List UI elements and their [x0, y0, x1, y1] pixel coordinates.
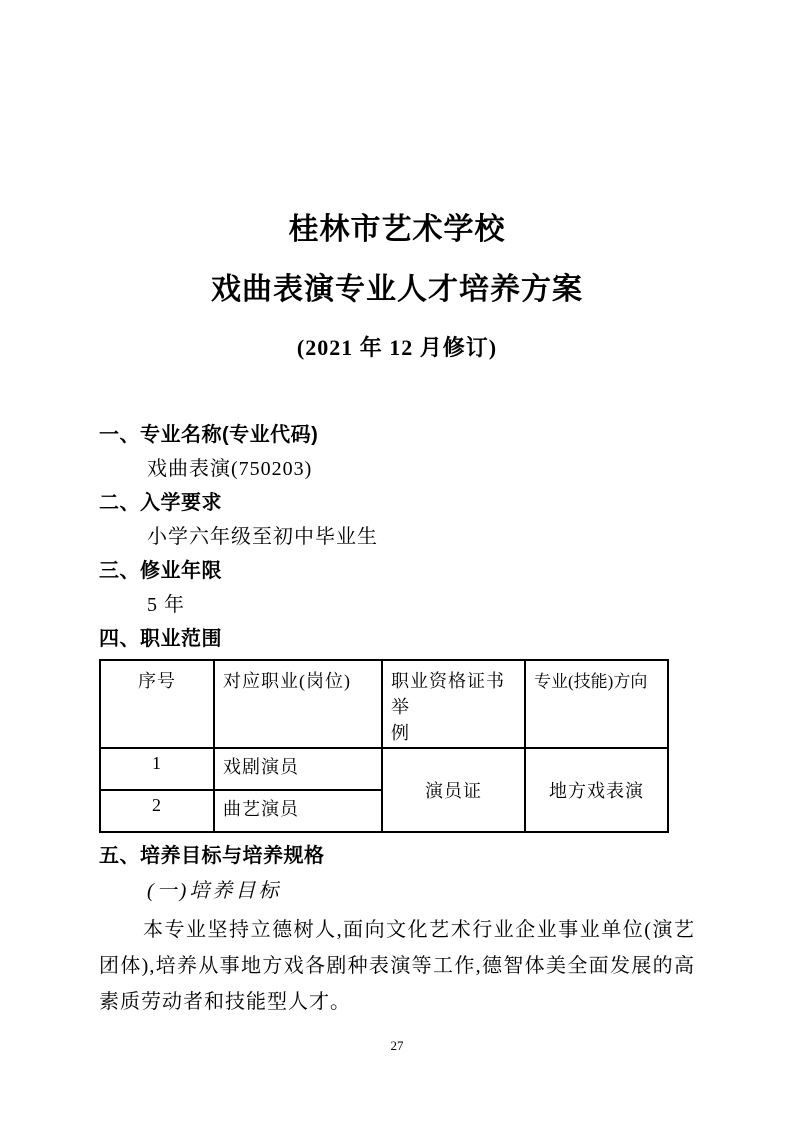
table-cell-index-2: 2	[100, 790, 214, 832]
career-scope-table: 序号 对应职业(岗位) 职业资格证书举 例 专业(技能)方向 1 戏剧演员 演员…	[99, 659, 669, 833]
table-cell-direction: 地方戏表演	[525, 748, 668, 832]
doc-title-school: 桂林市艺术学校	[99, 212, 695, 248]
document-page: 桂林市艺术学校 戏曲表演专业人才培养方案 (2021 年 12 月修订) 一、专…	[0, 0, 794, 1123]
section-heading-5: 五、培养目标与培养规格	[99, 842, 695, 870]
table-cell-job-2: 曲艺演员	[214, 790, 382, 832]
table-cell-job-1: 戏剧演员	[214, 748, 382, 790]
page-number: 27	[0, 1038, 794, 1054]
section-heading-3: 三、修业年限	[99, 554, 695, 588]
table-header-row: 序号 对应职业(岗位) 职业资格证书举 例 专业(技能)方向	[100, 660, 668, 748]
table-cell-certificate: 演员证	[382, 748, 525, 832]
doc-title-revision: (2021 年 12 月修订)	[99, 334, 695, 362]
sections-block: 一、专业名称(专业代码) 戏曲表演(750203) 二、入学要求 小学六年级至初…	[99, 418, 695, 656]
document-content: 桂林市艺术学校 戏曲表演专业人才培养方案 (2021 年 12 月修订) 一、专…	[99, 0, 695, 1020]
section-heading-4: 四、职业范围	[99, 622, 695, 656]
section-heading-1: 一、专业名称(专业代码)	[99, 418, 695, 452]
section-body-1: 戏曲表演(750203)	[99, 452, 695, 486]
table-cell-index-1: 1	[100, 748, 214, 790]
col-header-job: 对应职业(岗位)	[214, 660, 382, 748]
section-body-3: 5 年	[99, 588, 695, 622]
col-header-direction: 专业(技能)方向	[525, 660, 668, 748]
section-body-2: 小学六年级至初中毕业生	[99, 520, 695, 554]
section-heading-2: 二、入学要求	[99, 486, 695, 520]
subsection-heading: (一)培养目标	[99, 877, 695, 905]
doc-title-program: 戏曲表演专业人才培养方案	[99, 272, 695, 308]
col-header-index: 序号	[100, 660, 214, 748]
table-row: 1 戏剧演员 演员证 地方戏表演	[100, 748, 668, 790]
training-objective-paragraph: 本专业坚持立德树人,面向文化艺术行业企业事业单位(演艺团体),培养从事地方戏各剧…	[99, 912, 695, 1020]
col-header-certificate: 职业资格证书举 例	[382, 660, 525, 748]
